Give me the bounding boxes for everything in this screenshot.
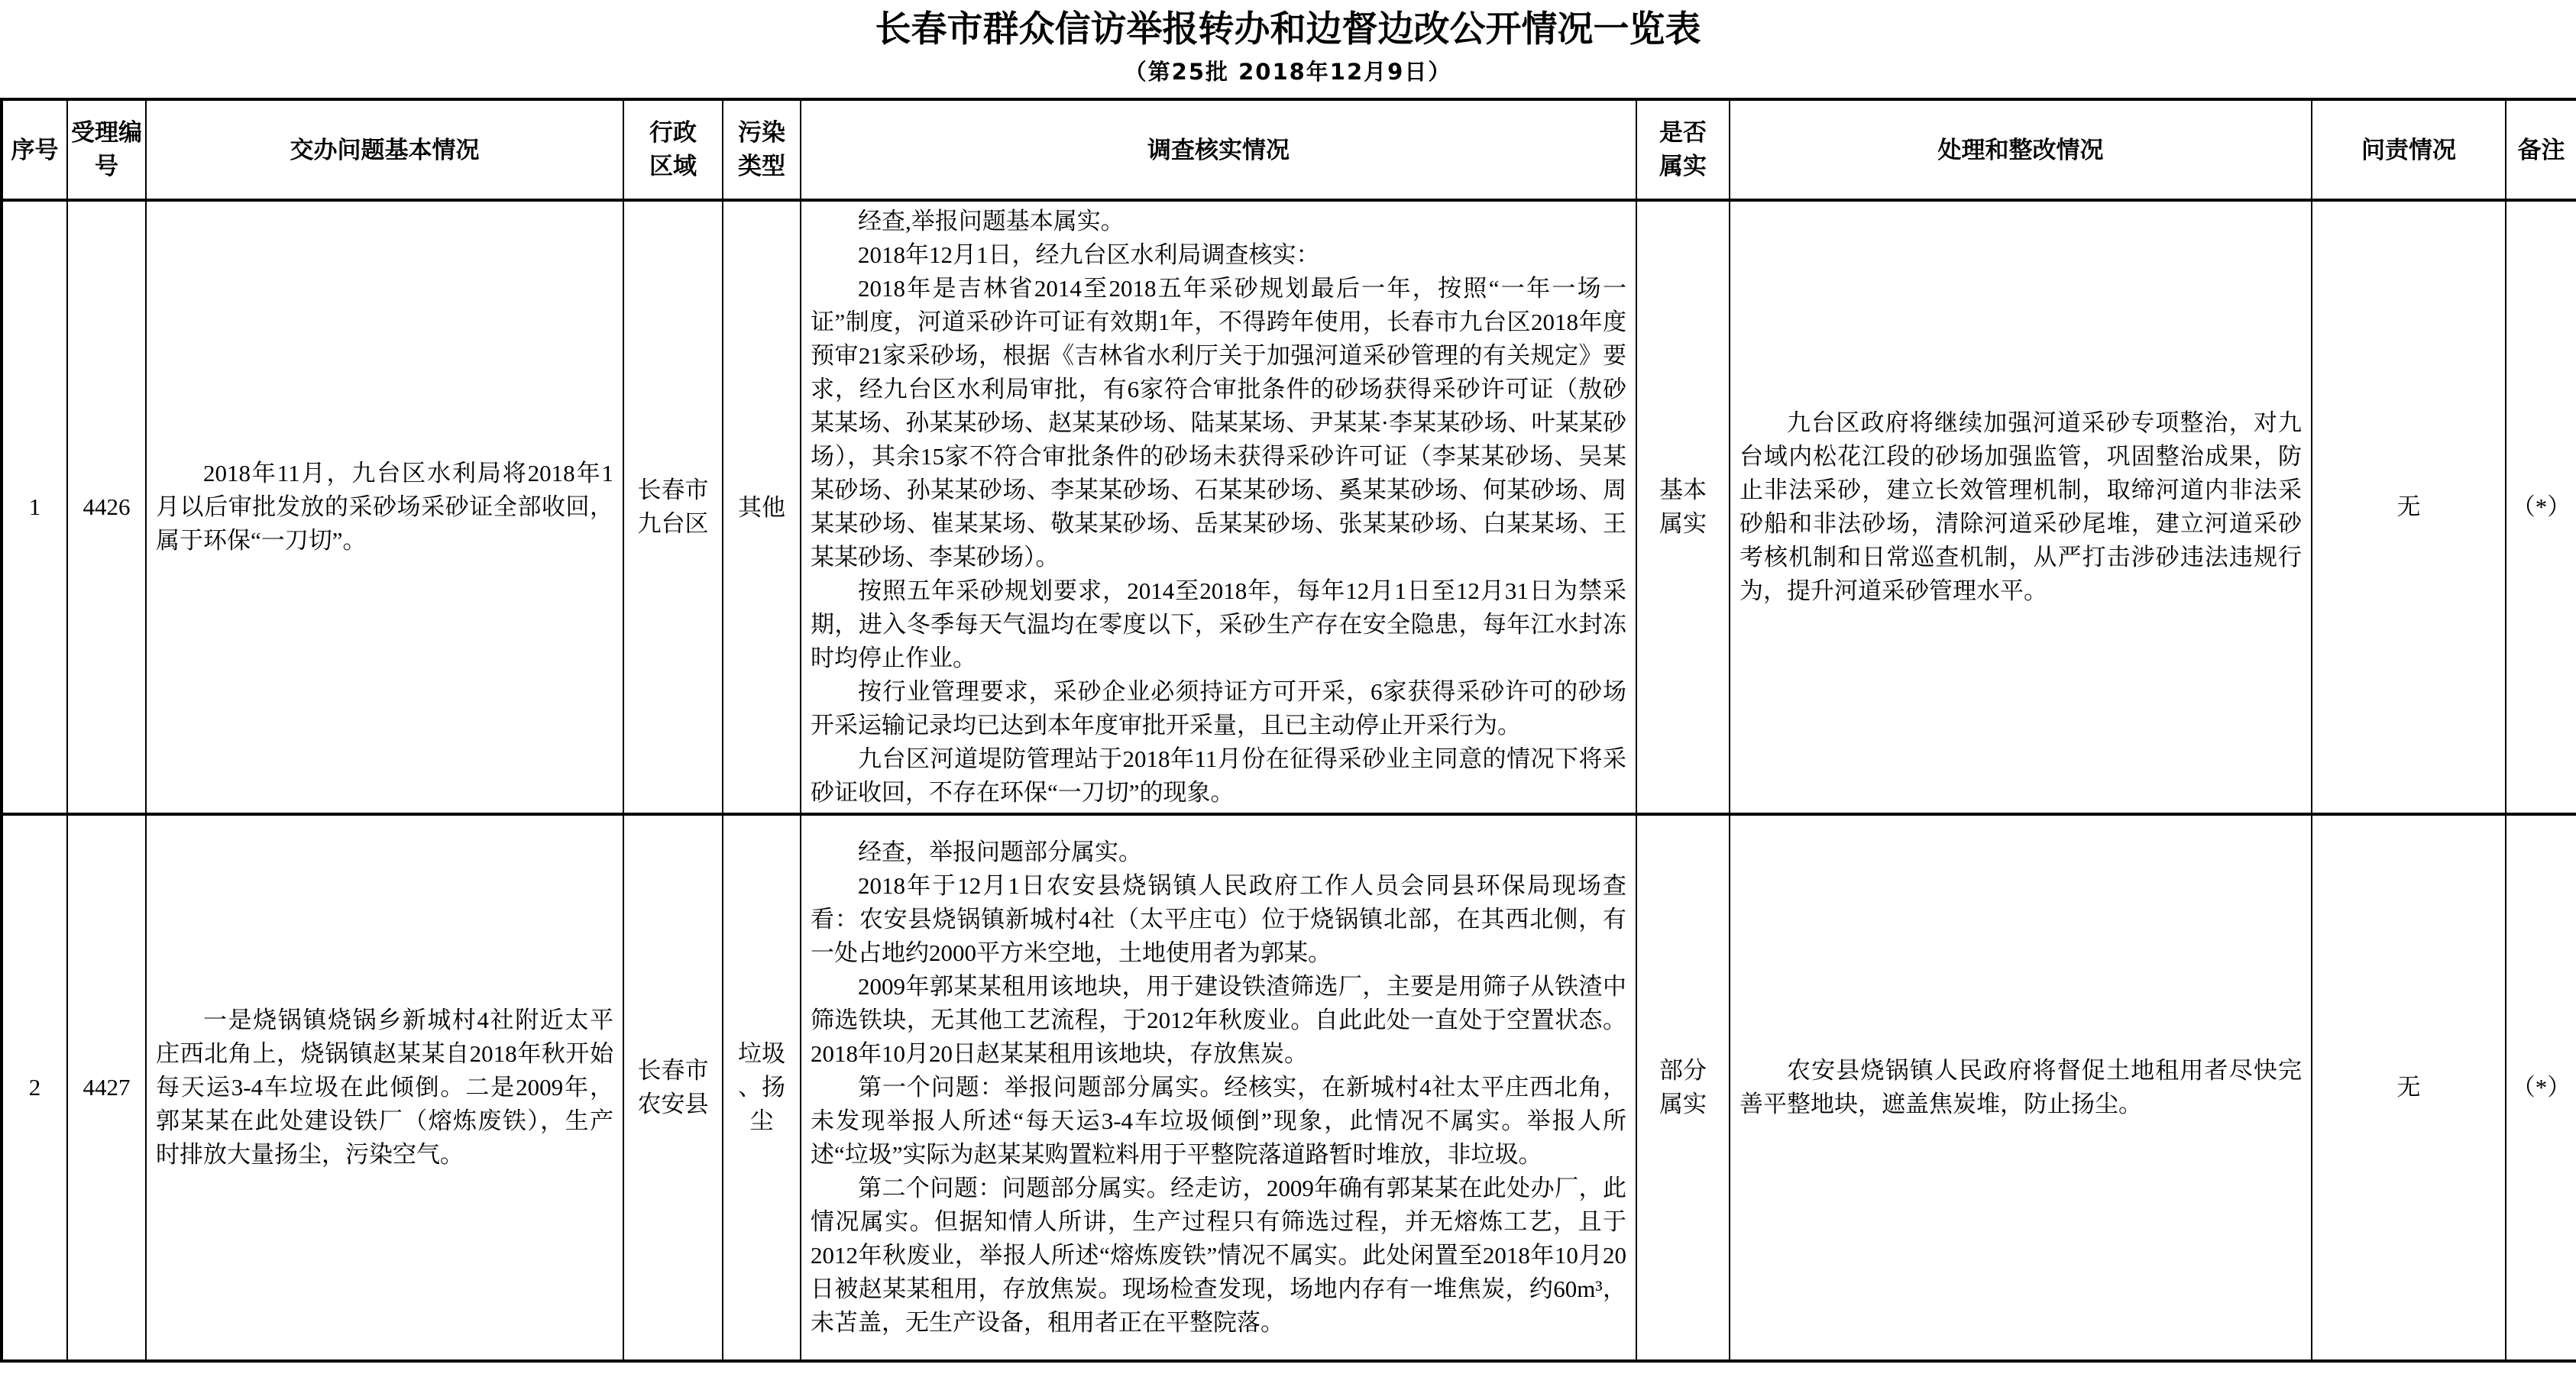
rectification-text: 农安县烧锅镇人民政府将督促土地租用者尽快完善平整地块，遮盖焦炭堆，防止扬尘。 [1739, 1054, 2302, 1121]
header-remark: 备注 [2506, 99, 2576, 200]
cell-region: 长春市九台区 [623, 200, 723, 814]
header-index-label: 序号 [11, 134, 59, 167]
verified-text: 部分属实 [1659, 1054, 1707, 1121]
header-rectification: 处理和整改情况 [1730, 99, 2312, 200]
header-case-no-label: 受理编号 [71, 116, 142, 183]
cell-verified: 部分属实 [1636, 814, 1730, 1361]
investigation-paragraph: 2009年郭某某租用该地块，用于建设铁渣筛选厂，主要是用筛子从铁渣中筛选铁块，无… [811, 970, 1626, 1071]
header-rectification-label: 处理和整改情况 [1938, 134, 2104, 167]
accountability-text: 无 [2397, 493, 2421, 520]
investigation-paragraph: 按照五年采砂规划要求，2014至2018年，每年12月1日至12月31日为禁采期… [811, 574, 1626, 675]
cell-case-no: 4426 [67, 200, 146, 814]
region-text: 长春市九台区 [638, 474, 709, 541]
verified-text: 基本属实 [1659, 474, 1707, 541]
investigation-paragraph: 按行业管理要求，采砂企业必须持证方可开采，6家获得采砂许可的砂场开采运输记录均已… [811, 675, 1626, 742]
header-investigation-label: 调查核实情况 [1147, 134, 1290, 167]
header-pollution-type-label: 污染类型 [738, 116, 785, 183]
header-remark-label: 备注 [2518, 134, 2565, 167]
investigation-paragraph: 2018年于12月1日农安县烧锅镇人民政府工作人员会同县环保局现场查看：农安县烧… [811, 869, 1626, 970]
header-region: 行政区域 [623, 99, 723, 200]
investigation-paragraph: 九台区河道堤防管理站于2018年11月份在征得采砂业主同意的情况下将采砂证收回，… [811, 742, 1626, 810]
cell-problem: 一是烧锅镇烧锅乡新城村4社附近太平庄西北角上，烧锅镇赵某某自2018年秋开始每天… [146, 814, 623, 1361]
investigation-paragraph: 2018年是吉林省2014至2018五年采砂规划最后一年，按照“一年一场一证”制… [811, 272, 1626, 574]
accountability-text: 无 [2397, 1074, 2421, 1101]
cell-pollution-type: 其他 [723, 200, 801, 814]
remark-text: （*） [2512, 1074, 2571, 1101]
cell-region: 长春市农安县 [623, 814, 723, 1361]
remark-text: （*） [2512, 493, 2571, 520]
header-investigation: 调查核实情况 [801, 99, 1636, 200]
region-text: 长春市农安县 [638, 1054, 709, 1121]
header-row: 序号 受理编号 交办问题基本情况 行政区域 污染类型 调查核实情况 是否属实 处… [2, 99, 2576, 200]
pollution-type-text: 其他 [738, 491, 785, 525]
header-verified: 是否属实 [1636, 99, 1730, 200]
cell-rectification: 九台区政府将继续加强河道采砂专项整治，对九台域内松花江段的砂场加强监管，巩固整治… [1730, 200, 2312, 814]
cell-index: 2 [2, 814, 67, 1361]
investigation-paragraph: 第二个问题：问题部分属实。经走访，2009年确有郭某某在此处办厂，此情况属实。但… [811, 1172, 1626, 1340]
cell-pollution-type: 垃圾、扬尘 [723, 814, 801, 1361]
problem-text: 一是烧锅镇烧锅乡新城村4社附近太平庄西北角上，烧锅镇赵某某自2018年秋开始每天… [156, 1004, 613, 1172]
header-accountability-label: 问责情况 [2361, 134, 2456, 167]
page-subtitle: （第25批 2018年12月9日） [0, 57, 2576, 87]
investigation-paragraph: 第一个问题：举报问题部分属实。经核实，在新城村4社太平庄西北角，未发现举报人所述… [811, 1071, 1626, 1172]
header-pollution-type: 污染类型 [723, 99, 801, 200]
problem-text: 2018年11月，九台区水利局将2018年1月以后审批发放的采砂场采砂证全部收回… [156, 457, 613, 558]
cell-verified: 基本属实 [1636, 200, 1730, 814]
page-title: 长春市群众信访举报转办和边督边改公开情况一览表 [0, 8, 2576, 52]
cell-accountability: 无 [2312, 200, 2506, 814]
pollution-type-text: 垃圾、扬尘 [738, 1037, 785, 1138]
rectification-text: 九台区政府将继续加强河道采砂专项整治，对九台域内松花江段的砂场加强监管，巩固整治… [1739, 406, 2302, 608]
document-page: 长春市群众信访举报转办和边督边改公开情况一览表 （第25批 2018年12月9日… [0, 8, 2576, 1363]
cell-investigation: 经查,举报问题基本属实。 2018年12月1日，经九台区水利局调查核实： 201… [801, 200, 1636, 814]
complaints-table: 序号 受理编号 交办问题基本情况 行政区域 污染类型 调查核实情况 是否属实 处… [0, 98, 2576, 1363]
cell-accountability: 无 [2312, 814, 2506, 1361]
row-index: 2 [29, 1074, 41, 1101]
cell-rectification: 农安县烧锅镇人民政府将督促土地租用者尽快完善平整地块，遮盖焦炭堆，防止扬尘。 [1730, 814, 2312, 1361]
header-index: 序号 [2, 99, 67, 200]
table-row: 2 4427 一是烧锅镇烧锅乡新城村4社附近太平庄西北角上，烧锅镇赵某某自201… [2, 814, 2576, 1361]
header-problem: 交办问题基本情况 [146, 99, 623, 200]
case-number: 4426 [83, 493, 131, 520]
header-region-label: 行政区域 [649, 116, 697, 183]
investigation-paragraph: 经查，举报问题部分属实。 [811, 836, 1626, 869]
header-case-no: 受理编号 [67, 99, 146, 200]
investigation-paragraph: 2018年12月1日，经九台区水利局调查核实： [811, 238, 1626, 272]
case-number: 4427 [83, 1074, 131, 1101]
cell-index: 1 [2, 200, 67, 814]
investigation-paragraph: 经查,举报问题基本属实。 [811, 205, 1626, 238]
header-problem-label: 交办问题基本情况 [290, 134, 480, 167]
row-index: 1 [29, 493, 41, 520]
cell-remark: （*） [2506, 200, 2576, 814]
cell-investigation: 经查，举报问题部分属实。 2018年于12月1日农安县烧锅镇人民政府工作人员会同… [801, 814, 1636, 1361]
header-accountability: 问责情况 [2312, 99, 2506, 200]
cell-problem: 2018年11月，九台区水利局将2018年1月以后审批发放的采砂场采砂证全部收回… [146, 200, 623, 814]
cell-case-no: 4427 [67, 814, 146, 1361]
cell-remark: （*） [2506, 814, 2576, 1361]
table-row: 1 4426 2018年11月，九台区水利局将2018年1月以后审批发放的采砂场… [2, 200, 2576, 814]
header-verified-label: 是否属实 [1659, 116, 1707, 183]
